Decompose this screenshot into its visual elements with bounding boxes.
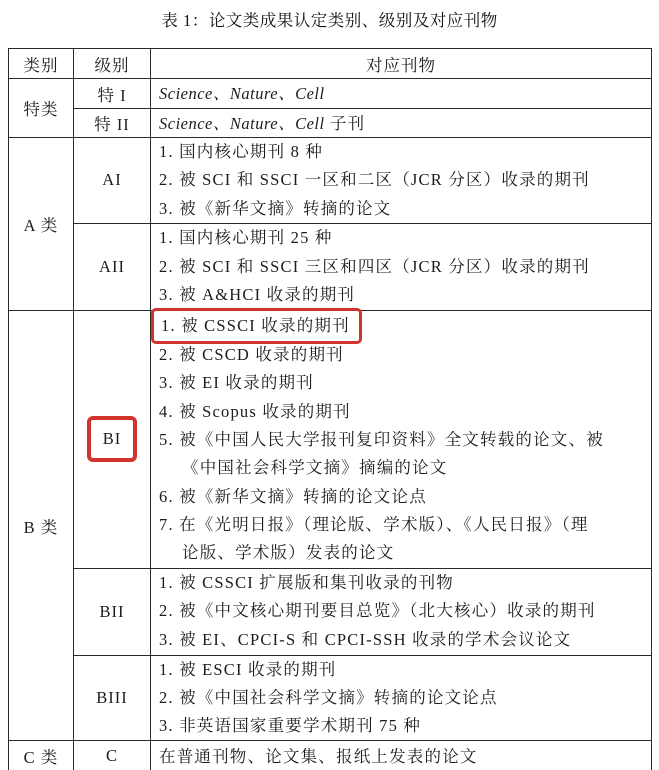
journals-special-2: Science、Nature、Cell 子刊 bbox=[151, 109, 652, 138]
journal-item: 1. 国内核心期刊 8 种 bbox=[159, 138, 645, 166]
journals-biii: 1. 被 ESCI 收录的期刊 2. 被《中国社会科学文摘》转摘的论文论点 3.… bbox=[151, 655, 652, 741]
journal-item: 1. 被 ESCI 收录的期刊 bbox=[159, 656, 645, 684]
journals-special-1: Science、Nature、Cell bbox=[151, 79, 652, 109]
document-page: 表 1：论文类成果认定类别、级别及对应刊物 类别 级别 对应刊物 特类 特 I … bbox=[0, 0, 659, 770]
category-a: A 类 bbox=[9, 138, 74, 311]
journal-item: 2. 被《中国社会科学文摘》转摘的论文论点 bbox=[159, 684, 645, 712]
table-row: 特 II Science、Nature、Cell 子刊 bbox=[9, 109, 652, 138]
journal-item: 3. 被 EI、CPCI-S 和 CPCI-SSH 收录的学术会议论文 bbox=[159, 626, 645, 654]
journals-bi: 1. 被 CSSCI 收录的期刊 2. 被 CSCD 收录的期刊 3. 被 EI… bbox=[151, 310, 652, 568]
journal-names-italic: Science、Nature、Cell bbox=[159, 84, 325, 103]
level-special-1: 特 I bbox=[74, 79, 151, 109]
journal-item: 3. 非英语国家重要学术期刊 75 种 bbox=[159, 712, 645, 740]
journals-ai: 1. 国内核心期刊 8 种 2. 被 SCI 和 SSCI 一区和二区（JCR … bbox=[151, 138, 652, 224]
table-row: AII 1. 国内核心期刊 25 种 2. 被 SCI 和 SSCI 三区和四区… bbox=[9, 223, 652, 310]
journal-item: 2. 被 SCI 和 SSCI 一区和二区（JCR 分区）收录的期刊 bbox=[159, 166, 645, 194]
table-row: 特类 特 I Science、Nature、Cell bbox=[9, 79, 652, 109]
journal-item: 2. 被 SCI 和 SSCI 三区和四区（JCR 分区）收录的期刊 bbox=[159, 253, 645, 281]
category-b: B 类 bbox=[9, 310, 74, 741]
level-biii: BIII bbox=[74, 655, 151, 741]
journal-item: 2. 被 CSCD 收录的期刊 bbox=[159, 341, 645, 369]
journal-names-italic: Science、Nature、Cell bbox=[159, 114, 325, 133]
header-category: 类别 bbox=[9, 49, 74, 79]
table-row: B 类 BI 1. 被 CSSCI 收录的期刊 2. 被 CSCD 收录的期刊 … bbox=[9, 310, 652, 568]
journal-item: 3. 被 A&HCI 收录的期刊 bbox=[159, 281, 645, 309]
journal-item: 6. 被《新华文摘》转摘的论文论点 bbox=[159, 483, 645, 511]
category-special: 特类 bbox=[9, 79, 74, 138]
level-c: C bbox=[74, 741, 151, 770]
journal-item: 1. 被 CSSCI 扩展版和集刊收录的刊物 bbox=[159, 569, 645, 597]
journal-item: 5. 被《中国人民大学报刊复印资料》全文转载的论文、被 《中国社会科学文摘》摘编… bbox=[159, 426, 645, 483]
table-row: A 类 AI 1. 国内核心期刊 8 种 2. 被 SCI 和 SSCI 一区和… bbox=[9, 138, 652, 224]
journal-suffix: 子刊 bbox=[325, 114, 366, 133]
journal-item: 2. 被《中文核心期刊要目总览》（北大核心）收录的期刊 bbox=[159, 597, 645, 625]
header-level: 级别 bbox=[74, 49, 151, 79]
journal-item: 3. 被《新华文摘》转摘的论文 bbox=[159, 195, 645, 223]
level-bii: BII bbox=[74, 568, 151, 655]
category-c: C 类 bbox=[9, 741, 74, 770]
journal-item: 7. 在《光明日报》（理论版、学术版）、《人民日报》（理 论版、学术版）发表的论… bbox=[159, 511, 645, 568]
table-title: 表 1：论文类成果认定类别、级别及对应刊物 bbox=[0, 7, 659, 31]
journal-item: 3. 被 EI 收录的期刊 bbox=[159, 369, 645, 397]
table-row: BII 1. 被 CSSCI 扩展版和集刊收录的刊物 2. 被《中文核心期刊要目… bbox=[9, 568, 652, 655]
red-highlight-box-cssci: 1. 被 CSSCI 收录的期刊 bbox=[151, 308, 362, 344]
level-ai: AI bbox=[74, 138, 151, 224]
journal-item-highlighted: 1. 被 CSSCI 收录的期刊 bbox=[159, 311, 645, 341]
journal-item: 1. 国内核心期刊 25 种 bbox=[159, 224, 645, 252]
level-bi: BI bbox=[74, 310, 151, 568]
table-row: BIII 1. 被 ESCI 收录的期刊 2. 被《中国社会科学文摘》转摘的论文… bbox=[9, 655, 652, 741]
red-highlight-box-bi: BI bbox=[87, 416, 138, 462]
table-row: C 类 C 在普通刊物、论文集、报纸上发表的论文 bbox=[9, 741, 652, 770]
journals-c: 在普通刊物、论文集、报纸上发表的论文 bbox=[151, 741, 652, 770]
journals-bii: 1. 被 CSSCI 扩展版和集刊收录的刊物 2. 被《中文核心期刊要目总览》（… bbox=[151, 568, 652, 655]
journals-aii: 1. 国内核心期刊 25 种 2. 被 SCI 和 SSCI 三区和四区（JCR… bbox=[151, 223, 652, 310]
classification-table: 类别 级别 对应刊物 特类 特 I Science、Nature、Cell 特 … bbox=[8, 48, 652, 770]
level-special-2: 特 II bbox=[74, 109, 151, 138]
level-aii: AII bbox=[74, 223, 151, 310]
header-row: 类别 级别 对应刊物 bbox=[9, 49, 652, 79]
journal-item: 4. 被 Scopus 收录的期刊 bbox=[159, 398, 645, 426]
header-journals: 对应刊物 bbox=[151, 49, 652, 79]
